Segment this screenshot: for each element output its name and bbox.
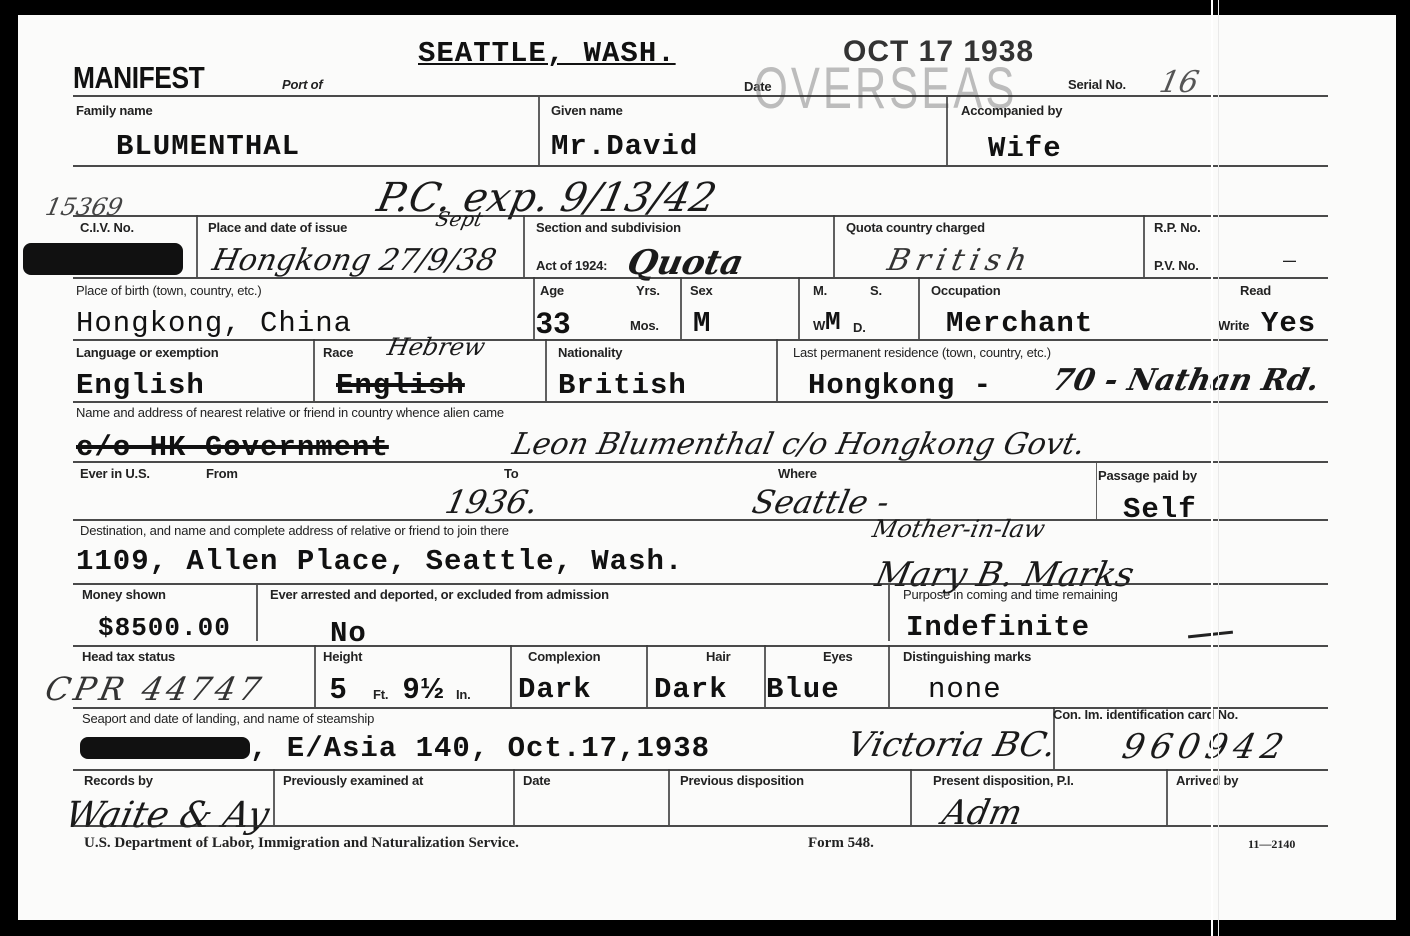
complexion-value: Dark	[518, 673, 592, 706]
seaport-redaction	[80, 737, 250, 759]
act-label: Act of 1924:	[536, 258, 607, 273]
nationality-label: Nationality	[558, 345, 622, 360]
scan-artifact-line	[1211, 0, 1213, 936]
purpose-label: Purpose in coming and time remaining	[903, 587, 1118, 602]
residence-value: Hongkong -	[808, 369, 992, 402]
read-label: Read	[1240, 283, 1271, 298]
footer-code: 11—2140	[1248, 837, 1295, 852]
marital-value: M	[825, 307, 842, 337]
money-shown-value: $8500.00	[98, 613, 231, 643]
previously-examined-label: Previously examined at	[283, 773, 423, 788]
head-tax-value: CPR 44747	[42, 670, 268, 708]
marital-w-label: W	[813, 318, 825, 333]
read-write-value: Yes	[1261, 307, 1316, 340]
arrested-label: Ever arrested and deported, or excluded …	[270, 587, 609, 602]
given-name-value: Mr.David	[551, 130, 698, 163]
family-name-label: Family name	[76, 103, 153, 118]
race-label: Race	[323, 345, 353, 360]
records-by-value: Waite & Ay	[62, 795, 273, 836]
age-value: 33	[536, 307, 571, 341]
birth-place-value: Hongkong, China	[76, 307, 352, 340]
arrived-by-label: Arrived by	[1176, 773, 1238, 788]
seaport-handwritten: Victoria BC.	[844, 725, 1060, 765]
records-by-label: Records by	[84, 773, 153, 788]
occupation-label: Occupation	[931, 283, 1001, 298]
passage-paid-value: Self	[1123, 493, 1197, 526]
accompanied-label: Accompanied by	[961, 103, 1062, 118]
place-date-issue-value: Hongkong 27/9/38	[209, 243, 499, 278]
date-stamp: OCT 17 1938	[843, 35, 1034, 69]
given-name-label: Given name	[551, 103, 623, 118]
head-tax-label: Head tax status	[82, 649, 175, 664]
port-value: SEATTLE, WASH.	[418, 37, 676, 70]
birth-place-label: Place of birth (town, country, etc.)	[76, 283, 261, 298]
relative-struck-value: c/o HK Government	[76, 431, 389, 464]
seaport-value: , E/Asia 140, Oct.17,1938	[250, 732, 710, 765]
where-value: Seattle -	[749, 483, 893, 521]
height-feet-value: 5	[330, 673, 347, 706]
port-label: Port of	[282, 77, 322, 92]
footer-form-number: Form 548.	[808, 835, 874, 852]
purpose-value: Indefinite	[906, 611, 1090, 644]
destination-value: 1109, Allen Place, Seattle, Wash.	[76, 545, 683, 578]
feet-label: Ft.	[373, 687, 388, 702]
eyes-value: Blue	[766, 673, 840, 706]
identification-card-value: 960942	[1119, 727, 1293, 767]
place-date-note: Sept	[433, 207, 484, 231]
serial-label: Serial No.	[1068, 77, 1126, 92]
date-label-records: Date	[523, 773, 550, 788]
marital-s-label: S.	[870, 283, 882, 298]
race-value: Hebrew	[385, 333, 488, 361]
language-value: English	[76, 369, 205, 402]
write-label: Write	[1218, 318, 1249, 333]
footer-department: U.S. Department of Labor, Immigration an…	[84, 835, 519, 852]
where-label: Where	[778, 466, 817, 481]
manifest-card: MANIFEST Port of SEATTLE, WASH. Date OVE…	[18, 15, 1396, 920]
age-label: Age	[540, 283, 564, 298]
marital-d-label: D.	[853, 320, 866, 335]
relative-label: Name and address of nearest relative or …	[76, 405, 504, 420]
place-date-issue-label: Place and date of issue	[208, 220, 347, 235]
sex-label: Sex	[690, 283, 713, 298]
previous-disposition-label: Previous disposition	[680, 773, 804, 788]
months-label: Mos.	[630, 318, 659, 333]
rp-no-label: R.P. No.	[1154, 220, 1201, 235]
residence-handwritten: 70 - Nathan Rd.	[1049, 363, 1322, 398]
height-inches-value: 9½	[403, 673, 445, 706]
years-label: Yrs.	[636, 283, 660, 298]
distinguishing-marks-label: Distinguishing marks	[903, 649, 1031, 664]
to-label: To	[504, 466, 519, 481]
pv-no-value: —	[1283, 253, 1296, 268]
destination-label: Destination, and name and complete addre…	[80, 523, 509, 538]
hair-value: Dark	[654, 673, 728, 706]
sex-value: M	[693, 307, 711, 340]
race-struck-value: English	[336, 369, 465, 402]
from-label: From	[206, 466, 238, 481]
divider	[73, 95, 1328, 97]
present-disposition-value: Adm	[939, 793, 1026, 833]
residence-label: Last permanent residence (town, country,…	[793, 345, 1051, 360]
eyes-label: Eyes	[823, 649, 853, 664]
seaport-label: Seaport and date of landing, and name of…	[82, 711, 374, 726]
pv-no-label: P.V. No.	[1154, 258, 1199, 273]
relation-handwritten: Mother-in-law	[870, 515, 1048, 543]
form-title: MANIFEST	[73, 60, 204, 96]
civ-label: C.I.V. No.	[80, 220, 134, 235]
quota-country-label: Quota country charged	[846, 220, 985, 235]
passage-paid-label: Passage paid by	[1098, 468, 1197, 483]
height-label: Height	[323, 649, 362, 664]
money-shown-label: Money shown	[82, 587, 166, 602]
scan-artifact-line	[1218, 0, 1219, 936]
complexion-label: Complexion	[528, 649, 600, 664]
family-name-value: BLUMENTHAL	[116, 130, 300, 163]
nationality-value: British	[558, 369, 687, 402]
language-label: Language or exemption	[76, 345, 218, 360]
hair-label: Hair	[706, 649, 731, 664]
civ-redaction	[23, 243, 183, 275]
accompanied-value: Wife	[988, 132, 1062, 165]
distinguishing-marks-value: none	[928, 673, 1002, 706]
relative-handwritten: Leon Blumenthal c/o Hongkong Govt.	[509, 427, 1088, 462]
occupation-value: Merchant	[946, 307, 1093, 340]
ever-in-us-label: Ever in U.S.	[80, 466, 150, 481]
marital-m-label: M.	[813, 283, 827, 298]
section-label: Section and subdivision	[536, 220, 681, 235]
inches-label: In.	[456, 687, 471, 702]
present-disposition-label: Present disposition, P.I.	[933, 773, 1074, 788]
quota-country-value: British	[884, 243, 1036, 278]
to-value: 1936.	[442, 483, 542, 521]
